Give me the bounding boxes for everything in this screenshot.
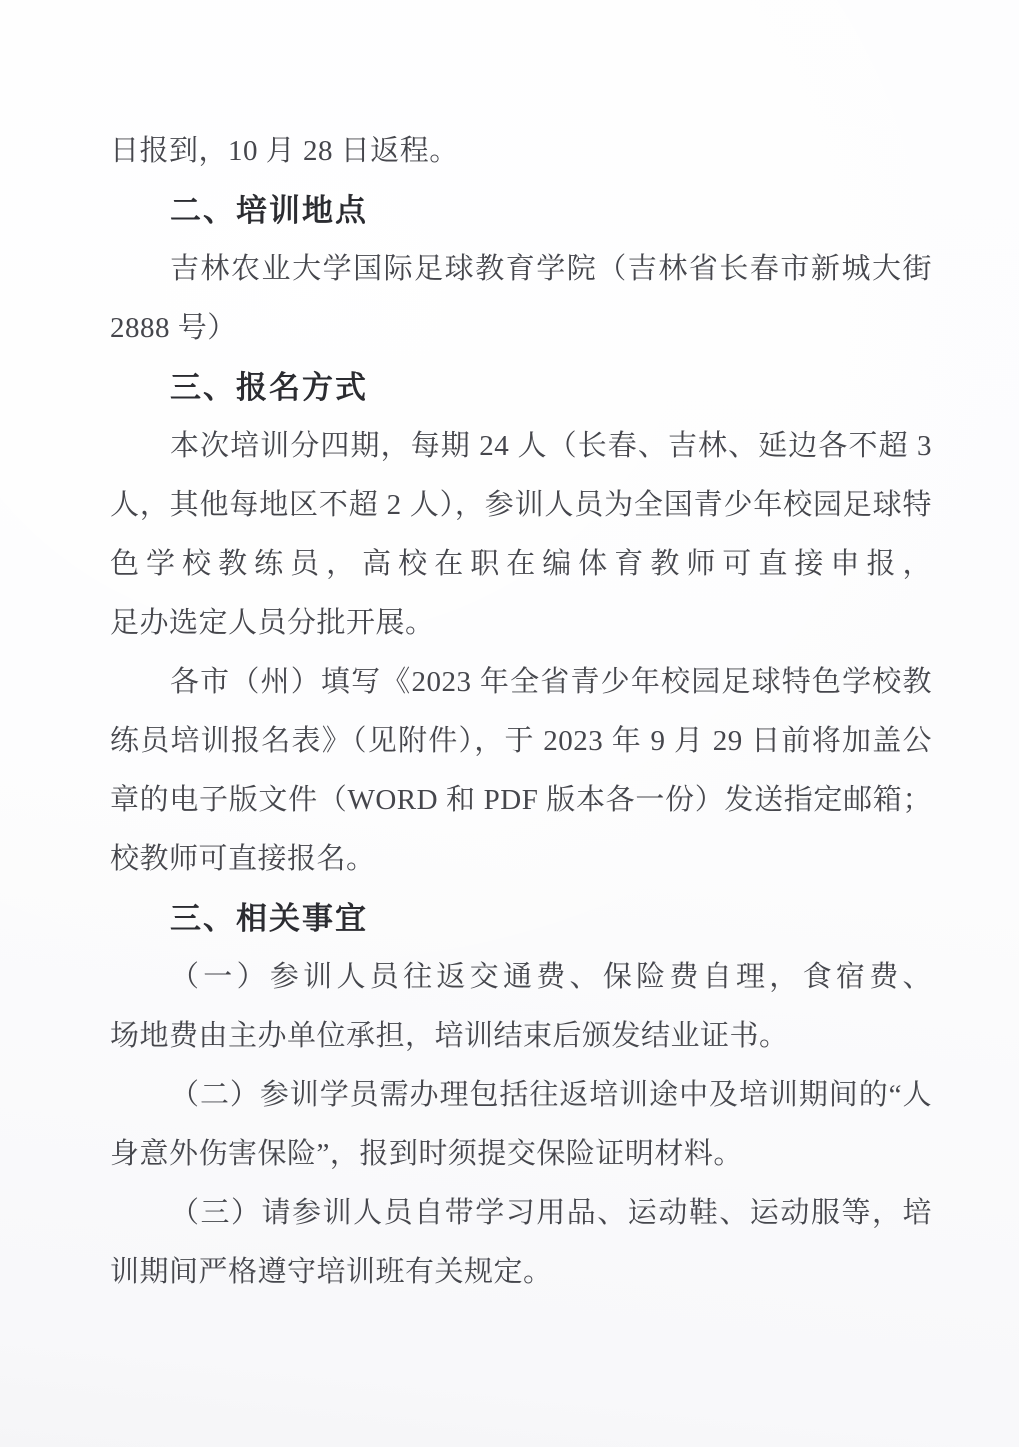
section-heading-location: 二、培训地点 (110, 181, 932, 240)
doc-line: 练员培训报名表》（见附件），于 2023 年 9 月 29 日前将加盖公 (110, 712, 932, 771)
doc-line: （三）请参训人员自带学习用品、运动鞋、运动服等，培 (110, 1184, 932, 1243)
doc-line: 身意外伤害保险”，报到时须提交保险证明材料。 (110, 1125, 932, 1184)
section-heading-signup: 三、报名方式 (110, 358, 932, 417)
doc-line: 训期间严格遵守培训班有关规定。 (110, 1243, 932, 1302)
doc-line: （一）参训人员往返交通费、保险费自理，食宿费、讲课费、 (110, 948, 932, 1007)
document-page: 日报到，10 月 28 日返程。 二、培训地点 吉林农业大学国际足球教育学院（吉… (0, 0, 1019, 1447)
doc-line: 色学校教练员，高校在职在编体育教师可直接申报，最终由厅校 (110, 535, 932, 594)
doc-line: 人，其他每地区不超 2 人），参训人员为全国青少年校园足球特 (110, 476, 932, 535)
doc-line: 校教师可直接报名。 (110, 830, 932, 889)
doc-line: 章的电子版文件（WORD 和 PDF 版本各一份）发送指定邮箱；高 (110, 771, 932, 830)
doc-line: 足办选定人员分批开展。 (110, 594, 932, 653)
doc-line-continuation: 日报到，10 月 28 日返程。 (110, 122, 932, 181)
doc-line: （二）参训学员需办理包括往返培训途中及培训期间的“人 (110, 1066, 932, 1125)
section-heading-matters: 三、相关事宜 (110, 889, 932, 948)
doc-line: 吉林农业大学国际足球教育学院（吉林省长春市新城大街 (110, 240, 932, 299)
doc-line: 各市（州）填写《2023 年全省青少年校园足球特色学校教 (110, 653, 932, 712)
doc-line: 本次培训分四期，每期 24 人（长春、吉林、延边各不超 3 (110, 417, 932, 476)
document-body: 日报到，10 月 28 日返程。 二、培训地点 吉林农业大学国际足球教育学院（吉… (110, 122, 932, 1302)
doc-line: 场地费由主办单位承担，培训结束后颁发结业证书。 (110, 1007, 932, 1066)
doc-line: 2888 号） (110, 299, 932, 358)
